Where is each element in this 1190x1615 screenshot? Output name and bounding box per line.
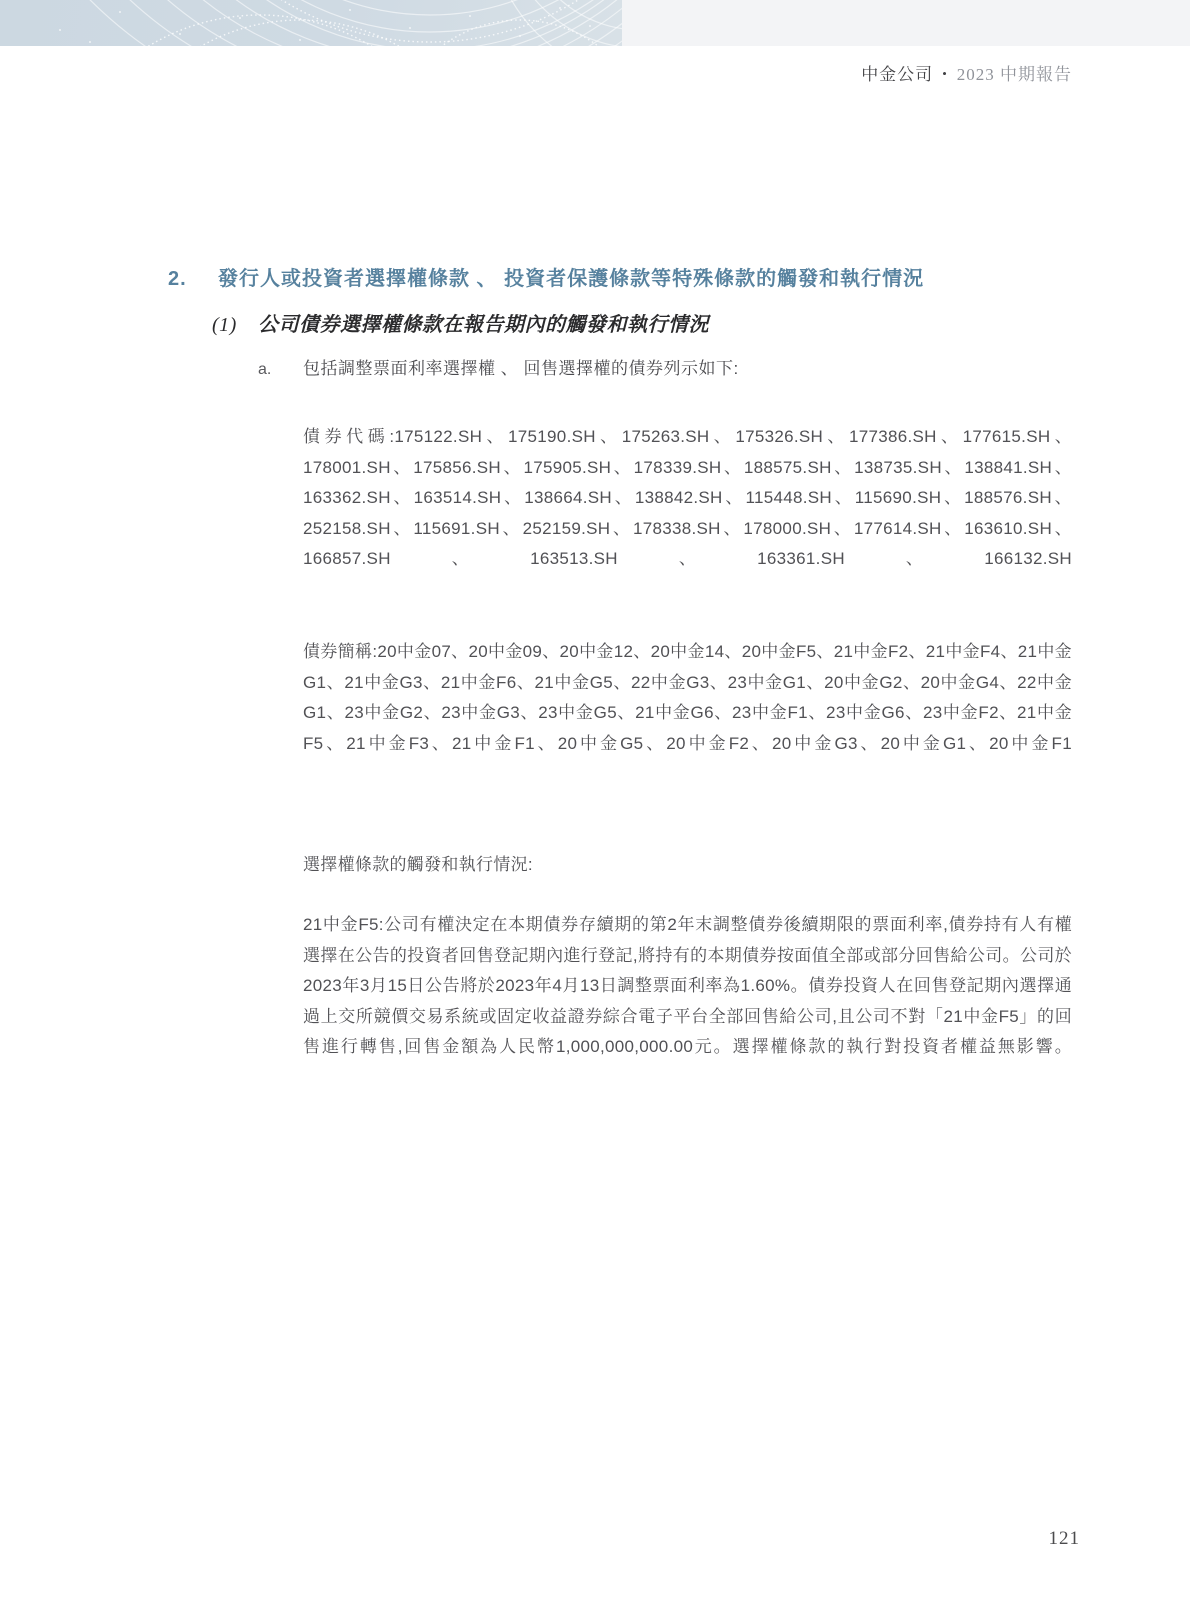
body-text-block: 債券代碼:175122.SH、175190.SH、175263.SH、17532… <box>303 422 1072 1093</box>
header-company-name: 中金公司 <box>861 65 933 84</box>
subsection-title: 公司債券選擇權條款在報告期內的觸發和執行情況 <box>258 312 1092 338</box>
subsection-number: (1) <box>212 312 237 338</box>
banner-arcs-graphic <box>0 0 622 46</box>
decorative-banner-image <box>0 0 622 46</box>
paragraph-bond-codes: 債券代碼:175122.SH、175190.SH、175263.SH、17532… <box>303 422 1072 605</box>
paragraph-trigger-heading: 選擇權條款的觸發和執行情況: <box>303 850 1072 881</box>
running-header: 中金公司•2023 中期報告 <box>0 60 1072 85</box>
section-title: 發行人或投資者選擇權條款 、 投資者保護條款等特殊條款的觸發和執行情況 <box>218 266 1088 292</box>
page-number: 121 <box>1049 1528 1081 1550</box>
list-item-a-text: 包括調整票面利率選擇權 、 回售選擇權的債券列示如下: <box>303 357 1093 381</box>
header-separator-dot: • <box>942 66 948 81</box>
paragraph-option-detail: 21中金F5:公司有權決定在本期債券存續期的第2年末調整債券後續期限的票面利率,… <box>303 910 1072 1093</box>
paragraph-bond-names: 債券簡稱:20中金07、20中金09、20中金12、20中金14、20中金F5、… <box>303 637 1072 790</box>
section-number: 2. <box>168 266 187 292</box>
list-item-a-marker: a. <box>258 358 271 382</box>
header-report-title: 2023 中期報告 <box>957 65 1072 84</box>
